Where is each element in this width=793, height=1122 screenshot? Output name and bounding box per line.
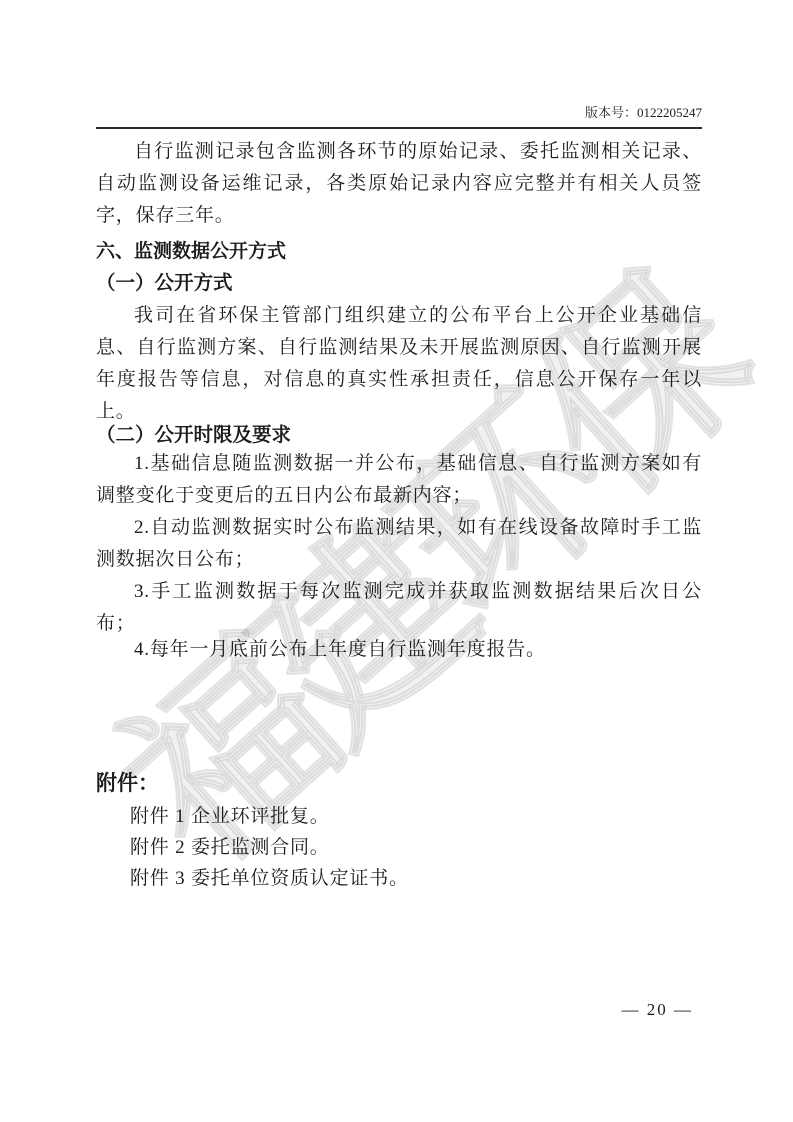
- requirement-item-1: 1.基础信息随监测数据一并公布，基础信息、自行监测方案如有调整变化于变更后的五日…: [96, 448, 702, 512]
- requirement-item-2: 2.自动监测数据实时公布监测结果，如有在线设备故障时手工监测数据次日公布；: [96, 512, 702, 576]
- attachment-item-2: 附件 2 委托监测合同。: [96, 832, 702, 863]
- paragraph-monitoring-records: 自行监测记录包含监测各环节的原始记录、委托监测相关记录、自动监测设备运维记录，各…: [96, 136, 702, 232]
- attachment-item-3: 附件 3 委托单位资质认定证书。: [96, 863, 702, 894]
- page-header: 版本号：0122205247: [96, 102, 702, 129]
- document-page: 福建环保 版本号：0122205247 自行监测记录包含监测各环节的原始记录、委…: [0, 0, 793, 1122]
- section-6-title: 六、监测数据公开方式: [96, 236, 702, 268]
- page-number: — 20 —: [622, 1000, 694, 1020]
- requirement-item-3: 3.手工监测数据于每次监测完成并获取监测数据结果后次日公布；: [96, 576, 702, 640]
- attachment-item-1: 附件 1 企业环评批复。: [96, 801, 702, 832]
- requirement-item-4: 4.每年一月底前公布上年度自行监测年度报告。: [96, 634, 702, 666]
- attachments-title: 附件：: [96, 767, 702, 801]
- subsection-1-paragraph: 我司在省环保主管部门组织建立的公布平台上公开企业基础信息、自行监测方案、自行监测…: [96, 300, 702, 428]
- version-number: 版本号：0122205247: [585, 105, 702, 120]
- subsection-1-title: （一）公开方式: [96, 268, 702, 300]
- attachments-section: 附件： 附件 1 企业环评批复。 附件 2 委托监测合同。 附件 3 委托单位资…: [96, 767, 702, 894]
- document-body: 自行监测记录包含监测各环节的原始记录、委托监测相关记录、自动监测设备运维记录，各…: [96, 136, 702, 894]
